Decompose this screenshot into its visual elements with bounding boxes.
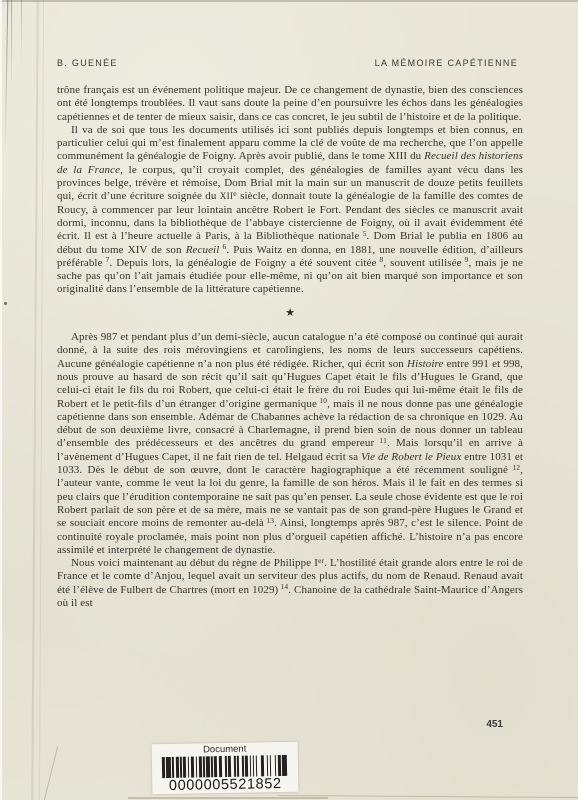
paragraph: trône français est un événement politiqu… (57, 84, 523, 124)
barcode-bar (274, 755, 276, 776)
barcode-bar (166, 757, 171, 778)
scan-top-edge (0, 0, 578, 2)
barcode-bar (228, 756, 231, 777)
barcode-number: 0000005521852 (169, 777, 282, 794)
barcode-bar (206, 756, 209, 777)
paragraph: Après 987 et pendant plus d’un demi-sièc… (57, 331, 523, 557)
barcode-bar (242, 756, 244, 777)
footnote-reference: 14 (278, 582, 288, 591)
barcode-bar (260, 755, 263, 776)
barcode-bar (195, 756, 197, 777)
paragraph: Nous voici maintenant au début du règne … (57, 557, 523, 610)
barcode-bar (161, 757, 164, 778)
barcode-bar (219, 756, 222, 777)
scanned-book-page: B. GUENÉE LA MÉMOIRE CAPÉTIENNE trône fr… (0, 0, 578, 800)
running-header: B. GUENÉE LA MÉMOIRE CAPÉTIENNE (57, 58, 518, 68)
spine-line (21, 0, 22, 66)
barcode-bar (277, 755, 280, 776)
chapter-title: LA MÉMOIRE CAPÉTIENNE (375, 58, 518, 68)
author-name: B. GUENÉE (57, 58, 118, 68)
footnote-reference: 12 (508, 463, 520, 472)
footnote-reference: 6 (219, 242, 226, 251)
footnote-reference: 5 (359, 229, 366, 238)
barcode-bar (270, 755, 272, 776)
italic-title: Histoire (407, 358, 443, 370)
text-run: Nous voici maintenant au début du règne … (71, 557, 318, 569)
barcode-bar (172, 757, 174, 778)
barcode-bar (198, 756, 201, 777)
barcode-bar (188, 757, 190, 778)
footnote-reference: 13 (264, 516, 274, 525)
barcode-bar (282, 755, 287, 776)
barcode-bar (234, 756, 236, 777)
barcode-sticker: Document 0000005521852 (152, 742, 299, 795)
spine-line (11, 0, 12, 91)
body-text: trône français est un événement politiqu… (57, 84, 523, 610)
barcode-caption: Document (203, 744, 246, 756)
page-fold-line (31, 0, 39, 800)
barcode-bar (253, 755, 255, 776)
barcode-bar (267, 755, 269, 776)
barcode-bar (203, 756, 205, 777)
barcode-bar (237, 756, 239, 777)
barcode-bar (191, 757, 194, 778)
footnote-reference: 8 (377, 255, 384, 264)
footnote-reference: er (318, 556, 324, 565)
page-left-edge (0, 0, 2, 800)
barcode-bar (225, 756, 227, 777)
barcode-bar (175, 757, 178, 778)
barcode-bar (250, 756, 252, 777)
underlying-page-edge (128, 797, 328, 799)
barcode-icon (161, 755, 288, 778)
footnote-reference: 10 (317, 396, 327, 405)
footnote-reference: 11 (374, 436, 387, 445)
page-fold-line (39, 0, 44, 800)
italic-title: Vie de Robert le Pieux (361, 451, 461, 463)
small-caps-numeral: XII (220, 191, 233, 201)
barcode-bar (183, 757, 186, 778)
spine-line (5, 0, 9, 156)
page-number: 451 (486, 719, 503, 730)
text-run: . Depuis lors, la généalogie de Foigny a… (109, 257, 376, 269)
footnote-reference: 9 (462, 255, 469, 264)
barcode-bar (180, 757, 182, 778)
barcode-bar (211, 756, 213, 777)
scan-speck (4, 302, 7, 305)
barcode-bar (214, 756, 217, 777)
paragraph: Il va de soi que tous les documents util… (57, 124, 523, 297)
text-run: trône français est un événement politiqu… (57, 84, 523, 123)
star-separator: ★ (57, 307, 523, 320)
page-crease (43, 747, 58, 800)
footnote-reference: e (233, 189, 236, 198)
barcode-bar (245, 756, 248, 777)
text-run: , souvent utilisée (383, 257, 461, 269)
footnote-reference: 7 (103, 255, 110, 264)
barcode-bar (256, 755, 258, 776)
italic-title: Recueil (186, 244, 220, 256)
